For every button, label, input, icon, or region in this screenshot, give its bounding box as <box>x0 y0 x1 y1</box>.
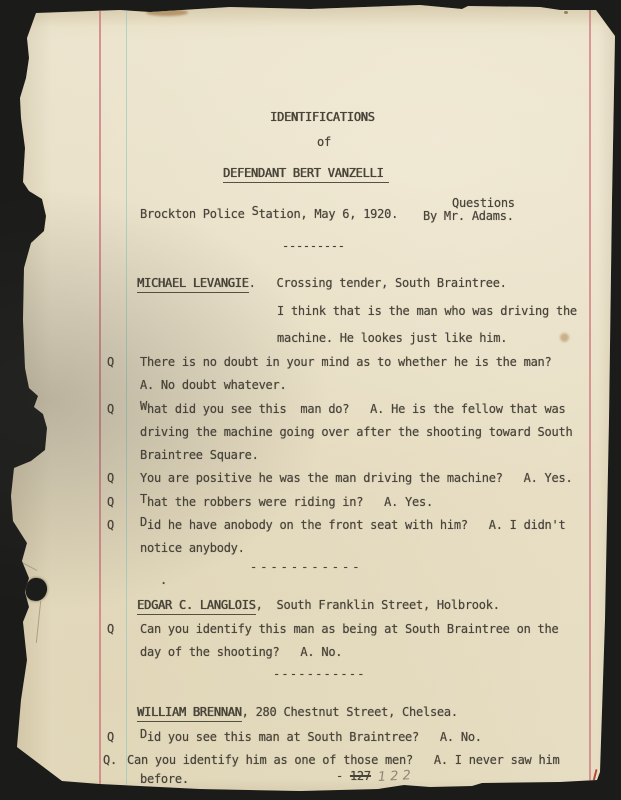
qa-line: driving the machine going over after the… <box>140 425 572 439</box>
section-divider: ----------- <box>250 560 362 574</box>
witness-heading-levangie: MICHAEL LEVANGIE. Crossing tender, South… <box>137 276 507 290</box>
qa-line: Can you identify this man as being at So… <box>140 622 558 636</box>
q-marker: Q. <box>103 753 117 767</box>
qa-line: That the robbers were riding in? A. Yes. <box>140 495 433 509</box>
q-marker: Q <box>107 402 114 416</box>
doc-title: IDENTIFICATIONS <box>270 110 375 124</box>
qa-line: before. <box>140 772 189 786</box>
q-marker: Q <box>107 730 114 744</box>
right-edge-shading <box>595 0 621 800</box>
left-margin-line-blue <box>126 0 127 800</box>
section-divider: --------- <box>282 239 345 253</box>
statement-line: machine. He lookes just like him. <box>277 331 507 345</box>
paper-crack-left-edge <box>22 562 37 571</box>
left-edge-shading <box>0 0 60 800</box>
bottom-edge-shading <box>0 776 621 800</box>
qa-line: You are positive he was the man driving … <box>140 471 572 485</box>
qa-line: day of the shooting? A. No. <box>140 645 342 659</box>
doc-subtitle: of <box>317 135 331 149</box>
top-edge-speck <box>564 11 568 14</box>
witness-heading-langlois: EDGAR C. LANGLOIS, South Franklin Street… <box>137 598 500 612</box>
top-edge-shading <box>0 0 621 30</box>
q-marker: Q <box>107 495 114 509</box>
page-number-pencil: 122 <box>378 769 416 785</box>
qa-line: Can you identify him as one of those men… <box>127 753 559 767</box>
section-divider: ----------- <box>273 667 366 681</box>
punch-hole <box>24 576 49 602</box>
paper-crack-below-hole <box>36 601 41 643</box>
qa-line: A. No doubt whatever. <box>140 378 286 392</box>
right-margin-line-red <box>589 0 591 800</box>
statement-line: I think that is the man who was driving … <box>277 304 577 318</box>
q-marker: Q <box>107 622 114 636</box>
left-margin-line-red <box>99 0 101 800</box>
witness-heading-brennan: WILLIAM BRENNAN, 280 Chestnut Street, Ch… <box>137 705 458 719</box>
stray-ink-dot: . <box>160 573 167 587</box>
qa-line: What did you see this man do? A. He is t… <box>140 402 565 416</box>
qa-line: Braintree Square. <box>140 448 259 462</box>
defendant-name-heading: DEFENDANT BERT VANZELLI <box>223 166 389 180</box>
qa-line: notice anybody. <box>140 541 245 555</box>
qa-line: Did you see this man at South Braintree?… <box>140 730 482 744</box>
page-number: - 127122 <box>336 769 415 784</box>
page-number-struck: 127 <box>350 769 371 783</box>
scan-background: IDENTIFICATIONS of DEFENDANT BERT VANZEL… <box>0 0 621 800</box>
q-marker: Q <box>107 471 114 485</box>
byline-by-mr-adams: By Mr. Adams. <box>423 209 514 223</box>
ink-dot-stain <box>560 333 569 342</box>
document-page: IDENTIFICATIONS of DEFENDANT BERT VANZEL… <box>0 0 621 800</box>
q-marker: Q <box>107 518 114 532</box>
top-edge-stain <box>146 9 188 16</box>
byline-questions: Questions <box>452 196 515 210</box>
qa-line: There is no doubt in your mind as to whe… <box>140 355 552 369</box>
dateline: Brockton Police Station, May 6, 1920. <box>140 207 398 221</box>
red-pen-mark <box>592 769 597 782</box>
qa-line: Did he have anobody on the front seat wi… <box>140 518 565 532</box>
q-marker: Q <box>107 355 114 369</box>
